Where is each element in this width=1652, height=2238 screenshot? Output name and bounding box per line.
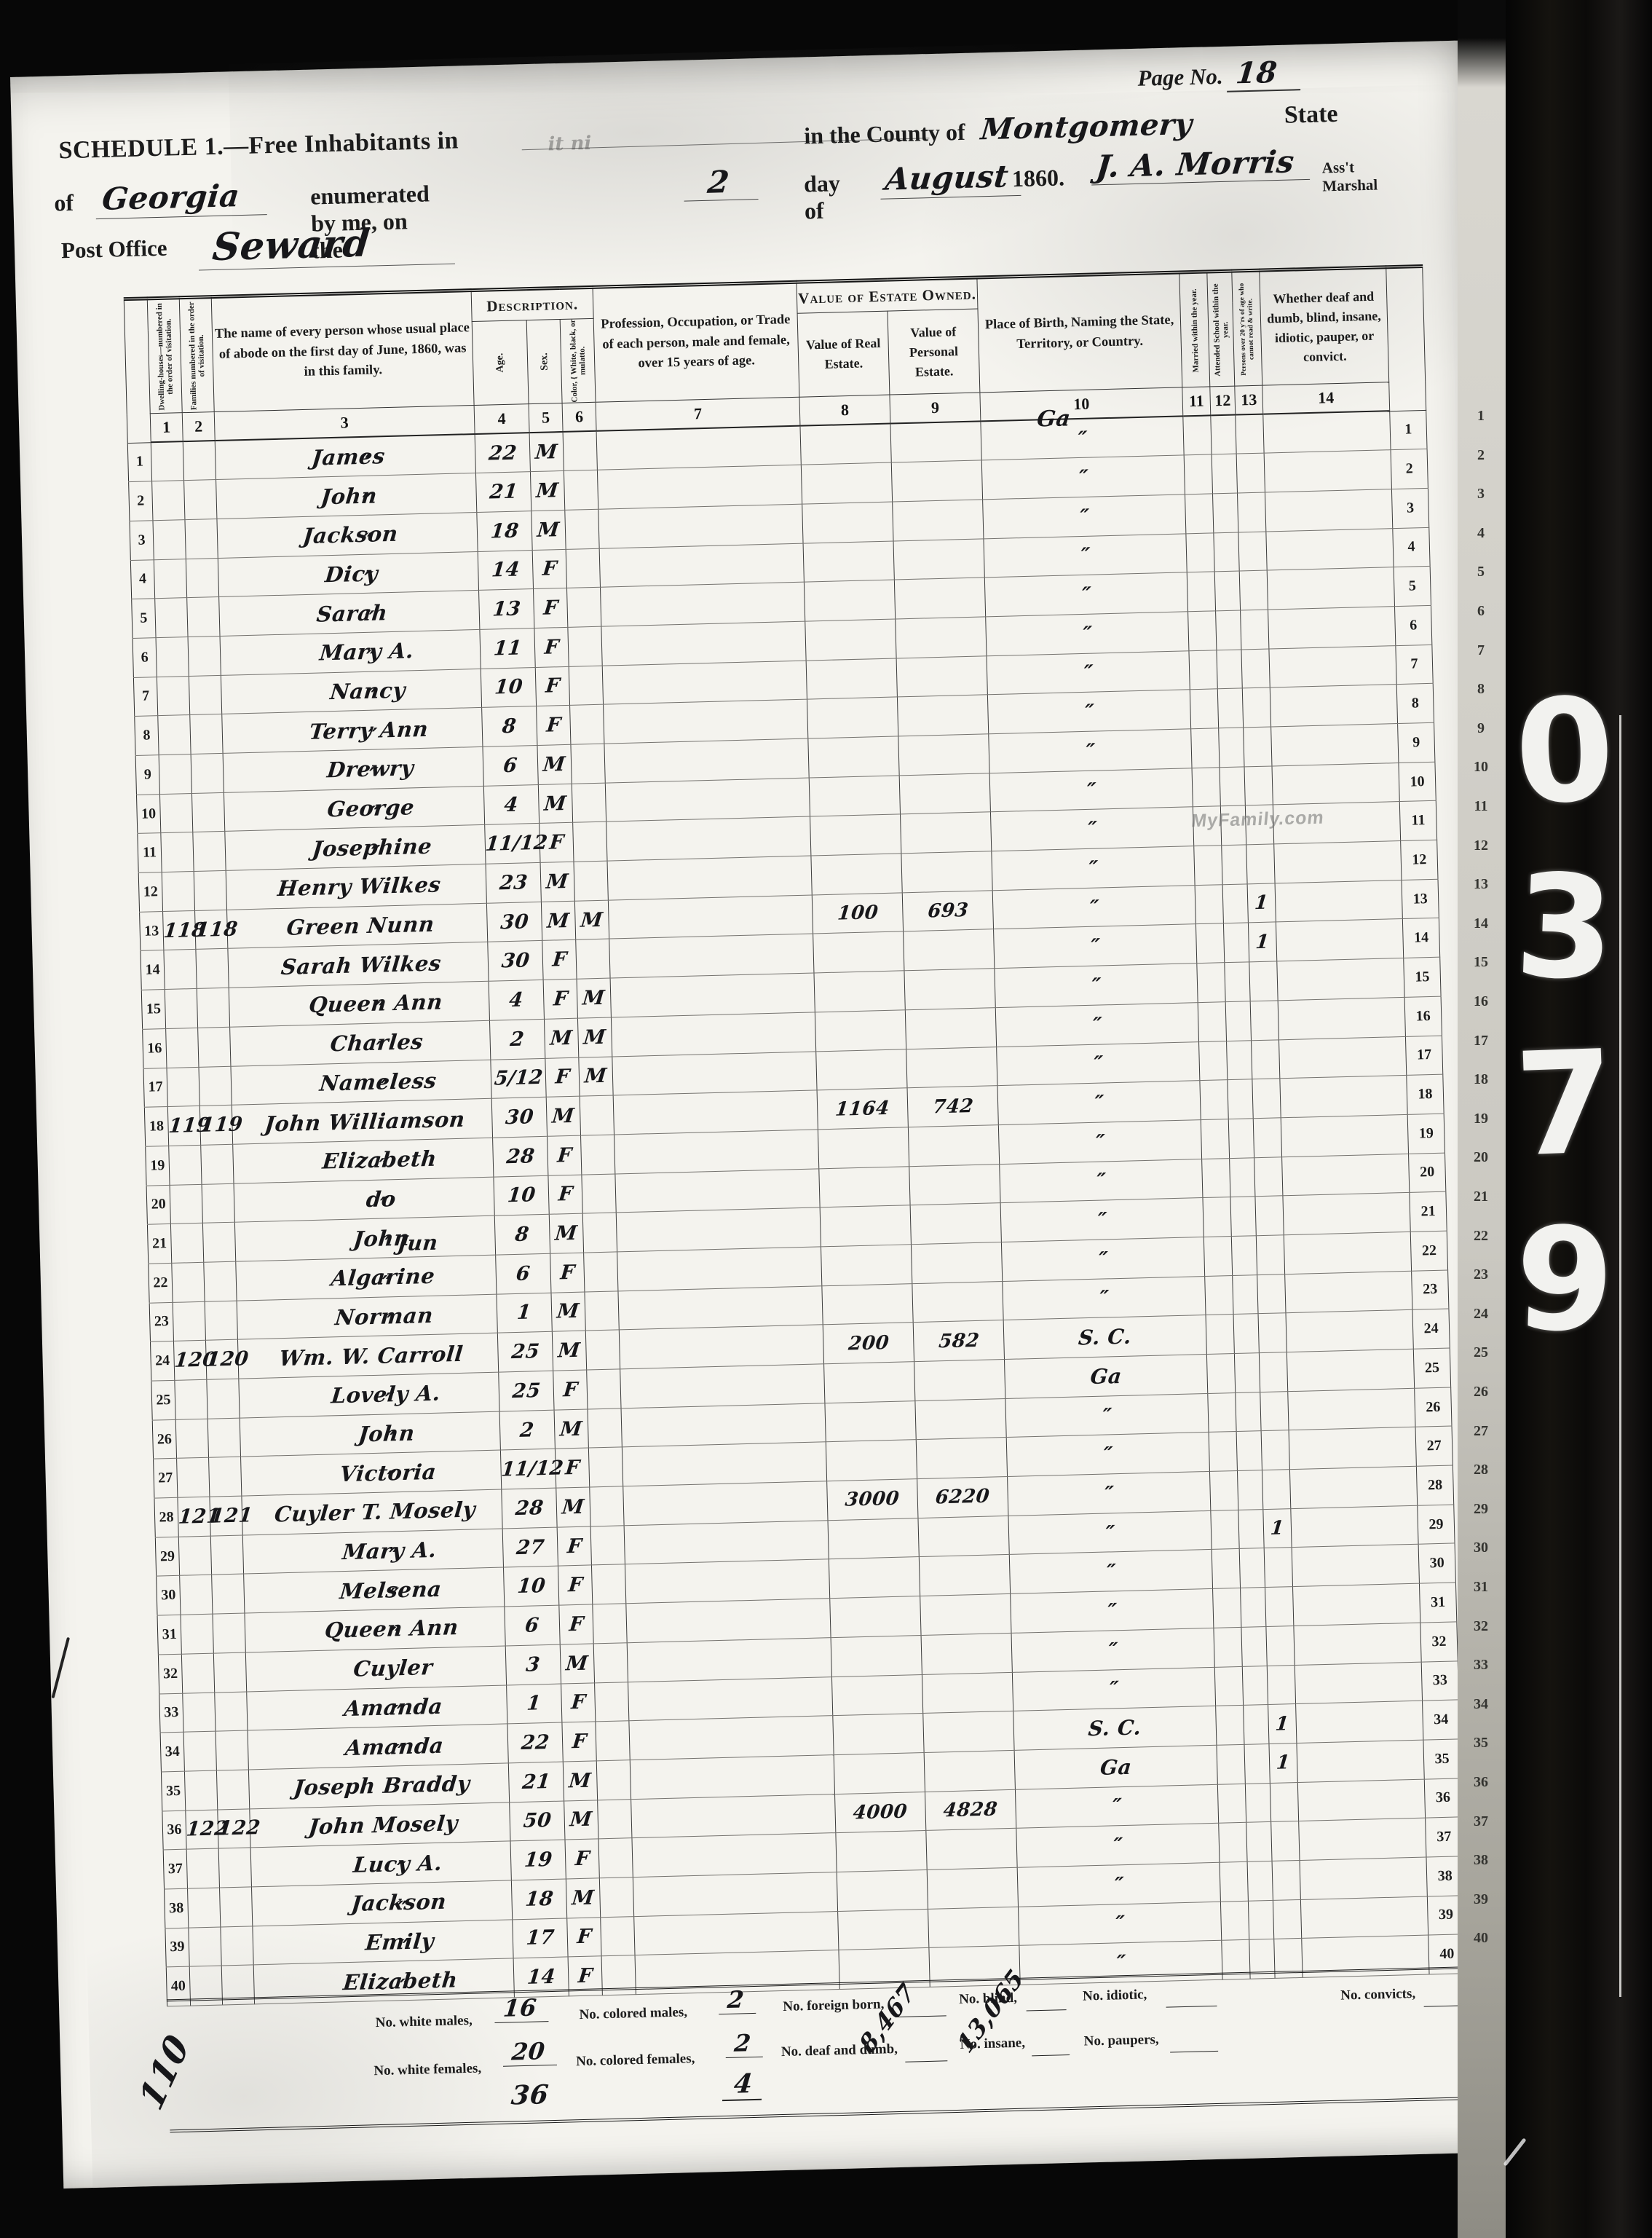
- cell-name: do″: [234, 1177, 494, 1223]
- cell-color: [580, 1095, 614, 1135]
- cell-attended-school: [1222, 845, 1247, 885]
- cell-sex: M: [549, 1213, 583, 1253]
- cell-married-within-year: [1220, 1901, 1249, 1941]
- cell-age: 11/12: [485, 824, 540, 864]
- cell-personal-estate-value: 4828: [925, 1789, 1016, 1831]
- row-number-right: 10: [1399, 762, 1436, 802]
- cell-age: 27: [502, 1527, 558, 1568]
- cell-condition: [1281, 1114, 1408, 1157]
- cell-birthplace: ″: [983, 495, 1186, 539]
- cell-attended-school: [1222, 884, 1248, 924]
- cell-personal-estate-value: [922, 1672, 1013, 1714]
- cell-sex: M: [538, 784, 572, 824]
- row-number-right: 29: [1418, 1505, 1455, 1545]
- cell-family-number: [204, 1261, 237, 1301]
- cell-married-within-year: [1212, 1549, 1240, 1589]
- margin-row-number: 38: [1459, 1852, 1503, 1869]
- cell-cannot-read-write: [1244, 766, 1273, 806]
- carryover-birthplace: Ga: [1036, 406, 1072, 432]
- cell-profession: [618, 1285, 823, 1330]
- margin-row-number: 26: [1459, 1384, 1503, 1400]
- cell-family-number: [215, 1691, 248, 1731]
- cell-cannot-read-write: [1271, 1821, 1300, 1861]
- cell-personal-estate-value: [928, 1907, 1019, 1948]
- cell-birthplace: ″: [1008, 1510, 1212, 1555]
- cell-real-estate-value: [838, 1909, 929, 1950]
- row-number-right: 5: [1394, 567, 1431, 607]
- colored-males-label: No. colored males,: [579, 2004, 687, 2023]
- cell-family-number: [191, 753, 224, 793]
- margin-row-number: 17: [1459, 1033, 1503, 1049]
- cell-condition: [1295, 1662, 1422, 1704]
- cell-family-number: 120: [205, 1339, 238, 1379]
- cell-sex: F: [559, 1604, 593, 1644]
- cell-color: [591, 1564, 625, 1604]
- cell-condition: [1300, 1857, 1427, 1899]
- margin-row-number: 10: [1459, 759, 1503, 776]
- cell-personal-estate-value: [919, 1555, 1010, 1596]
- margin-row-number: 30: [1459, 1540, 1503, 1556]
- margin-row-number: 31: [1459, 1579, 1503, 1596]
- cell-personal-estate-value: [899, 773, 990, 814]
- cell-sex: M: [537, 744, 572, 784]
- cell-color: [598, 1799, 632, 1839]
- cell-age: 13: [479, 589, 534, 630]
- cell-profession: [605, 778, 810, 822]
- cell-attended-school: [1244, 1705, 1269, 1745]
- cell-condition: [1297, 1779, 1425, 1821]
- cell-sex: M: [564, 1800, 598, 1840]
- group-header-estate: Value of Estate Owned.: [797, 277, 978, 313]
- cell-name: Charles″: [230, 1020, 491, 1066]
- cell-age: 21: [475, 472, 531, 513]
- cell-age: 30: [488, 941, 543, 982]
- cell-family-number: [183, 441, 216, 481]
- cell-married-within-year: [1211, 1510, 1239, 1550]
- margin-row-number: 16: [1459, 993, 1503, 1010]
- cell-birthplace: ″: [1000, 1159, 1203, 1203]
- cell-age: 23: [486, 862, 541, 903]
- row-number-left: 36: [162, 1811, 186, 1850]
- blank-rule: [1170, 2039, 1218, 2053]
- cell-color: [584, 1252, 618, 1292]
- cell-personal-estate-value: [904, 929, 995, 971]
- cell-married-within-year: [1220, 1861, 1248, 1902]
- cell-personal-estate-value: [923, 1711, 1014, 1753]
- margin-row-number: 37: [1459, 1813, 1503, 1830]
- row-number-left: 9: [135, 755, 159, 795]
- cell-sex: M: [566, 1878, 600, 1918]
- cell-real-estate-value: [830, 1596, 921, 1638]
- cell-cannot-read-write: [1241, 649, 1270, 689]
- cell-real-estate-value: [811, 854, 902, 895]
- cell-married-within-year: [1186, 532, 1214, 572]
- cell-dwelling-number: [157, 676, 189, 716]
- cell-profession: [627, 1637, 831, 1682]
- cell-cannot-read-write: 1: [1269, 1743, 1297, 1783]
- margin-row-number: 34: [1459, 1696, 1503, 1713]
- cell-profession: [601, 621, 806, 666]
- cell-profession: [601, 582, 805, 626]
- cell-married-within-year: [1214, 1666, 1243, 1706]
- film-roll-digits: 0379: [1506, 0, 1652, 2238]
- cell-profession: [612, 1051, 817, 1095]
- cell-color: [563, 431, 597, 471]
- cell-birthplace: ″: [990, 807, 1193, 851]
- cell-age: 22: [475, 433, 530, 473]
- cell-name: Sarah Wilkes: [228, 942, 489, 988]
- row-number-left: 33: [159, 1693, 183, 1733]
- cell-cannot-read-write: [1267, 1665, 1295, 1705]
- col-header-married: Married within the year.: [1179, 272, 1210, 387]
- cell-birthplace: ″: [992, 885, 1195, 929]
- cell-personal-estate-value: [908, 1124, 999, 1166]
- cell-profession: [619, 1325, 823, 1369]
- cell-personal-estate-value: [918, 1516, 1009, 1557]
- cell-cannot-read-write: [1249, 961, 1278, 1001]
- row-number-left: 6: [133, 638, 157, 677]
- cell-age: 3: [505, 1644, 561, 1685]
- cell-attended-school: [1234, 1353, 1260, 1393]
- cell-personal-estate-value: [926, 1829, 1017, 1870]
- row-number-left: 19: [146, 1146, 170, 1185]
- cell-sex: F: [553, 1370, 588, 1410]
- cell-age: 19: [510, 1840, 566, 1880]
- cell-married-within-year: [1201, 1119, 1229, 1159]
- cell-age: 28: [502, 1488, 557, 1529]
- cell-age: 2: [489, 1019, 545, 1060]
- cell-sex: M: [531, 510, 566, 550]
- cell-profession: [602, 661, 807, 705]
- row-number-right: 4: [1393, 527, 1430, 567]
- row-number-left: 1: [127, 442, 151, 481]
- cell-sex: M: [544, 1018, 578, 1058]
- margin-row-number: 12: [1459, 838, 1503, 854]
- cell-name: Terry Ann″: [222, 708, 483, 754]
- row-number-right: 34: [1423, 1700, 1460, 1740]
- cell-real-estate-value: [826, 1440, 917, 1481]
- cell-profession: [615, 1168, 820, 1213]
- cell-personal-estate-value: 582: [913, 1320, 1004, 1362]
- cell-dwelling-number: [175, 1379, 208, 1419]
- margin-row-number: 14: [1459, 915, 1503, 932]
- row-number-right: 27: [1415, 1426, 1453, 1466]
- cell-real-estate-value: [831, 1674, 922, 1716]
- cell-married-within-year: [1209, 1432, 1237, 1472]
- cell-profession: [604, 738, 809, 783]
- cell-sex: M: [554, 1409, 588, 1449]
- cell-color: M: [577, 1017, 612, 1057]
- cell-personal-estate-value: [896, 655, 987, 697]
- col-number: 6: [562, 402, 596, 432]
- cell-name: Sarah″: [219, 591, 480, 637]
- post-office-label: Post Office: [61, 235, 167, 264]
- cell-dwelling-number: [181, 1614, 213, 1654]
- post-office-line: Post Office Seward: [61, 235, 167, 264]
- day-of-label: day of: [804, 170, 842, 224]
- row-number-right: 17: [1405, 1036, 1442, 1076]
- cell-married-within-year: [1205, 1275, 1233, 1315]
- cell-attended-school: [1225, 1001, 1251, 1041]
- cell-profession: [611, 1012, 815, 1057]
- county-label: in the County of: [804, 119, 965, 149]
- cell-birthplace: Ga: [1005, 1354, 1208, 1398]
- cell-attended-school: [1227, 1040, 1252, 1080]
- row-number-right: 3: [1391, 488, 1428, 528]
- cell-cannot-read-write: [1270, 1782, 1298, 1822]
- cell-age: 4: [483, 784, 539, 825]
- margin-row-number: 22: [1459, 1228, 1503, 1245]
- row-number-right: 9: [1398, 722, 1435, 763]
- row-number-right: 33: [1421, 1660, 1458, 1701]
- cell-color: [574, 861, 608, 901]
- cell-cannot-read-write: [1239, 570, 1268, 610]
- cell-married-within-year: [1217, 1744, 1245, 1784]
- cell-condition: [1300, 1896, 1428, 1939]
- cell-dwelling-number: [156, 637, 189, 677]
- cell-profession: [634, 1911, 839, 1955]
- cell-birthplace: ″: [984, 533, 1187, 578]
- cell-cannot-read-write: [1254, 1157, 1283, 1197]
- margin-row-number: 21: [1459, 1189, 1503, 1205]
- cell-family-number: [185, 519, 218, 559]
- cell-family-number: [186, 558, 218, 598]
- cell-family-number: [208, 1418, 240, 1458]
- cell-attended-school: [1230, 1157, 1255, 1197]
- film-digit: 0: [1507, 666, 1622, 835]
- cell-age: 30: [486, 902, 542, 942]
- schedule-title: SCHEDULE 1.—Free Inhabitants in: [58, 127, 459, 165]
- col-header-condition: Whether deaf and dumb, blind, insane, id…: [1260, 267, 1389, 385]
- col-header-illiterate: Persons over 20 y'rs of age who cannot r…: [1232, 270, 1262, 386]
- cell-color: [585, 1291, 619, 1331]
- row-number-left: 18: [144, 1107, 168, 1146]
- cell-name: Elizabeth″: [233, 1138, 494, 1183]
- margin-row-number: 1: [1459, 408, 1503, 425]
- margin-row-number: 28: [1459, 1462, 1503, 1478]
- cell-attended-school: [1245, 1783, 1270, 1823]
- cell-condition: [1282, 1154, 1410, 1196]
- cell-cannot-read-write: [1266, 1626, 1295, 1666]
- cell-color: [570, 704, 604, 744]
- cell-cannot-read-write: [1253, 1118, 1281, 1158]
- cell-family-number: [207, 1379, 240, 1419]
- cell-birthplace: ″: [995, 1002, 1198, 1047]
- row-number-left: 15: [141, 990, 165, 1029]
- row-number-left: 2: [129, 481, 153, 521]
- cell-dwelling-number: [166, 1028, 199, 1068]
- row-number-left: 16: [143, 1028, 167, 1068]
- margin-row-number: 29: [1459, 1501, 1503, 1518]
- row-number-right: 6: [1395, 605, 1432, 645]
- cell-real-estate-value: [820, 1205, 911, 1247]
- cell-married-within-year: [1216, 1706, 1244, 1746]
- cell-name: Joseph Braddy: [248, 1763, 509, 1809]
- cell-age: 8: [494, 1215, 550, 1256]
- cell-birthplace: ″: [986, 612, 1189, 656]
- cell-birthplace: ″: [989, 768, 1193, 812]
- cell-dwelling-number: 120: [173, 1341, 206, 1381]
- cell-profession: [626, 1599, 831, 1643]
- row-number-left: 31: [157, 1615, 181, 1654]
- scanned-census-page: { "page": { "label": "Page No.", "number…: [0, 0, 1652, 2238]
- cell-cannot-read-write: [1244, 727, 1272, 767]
- cell-real-estate-value: [825, 1400, 916, 1442]
- cell-color: [566, 548, 600, 588]
- cell-birthplace: S. C.: [1013, 1706, 1217, 1751]
- cell-personal-estate-value: [916, 1438, 1007, 1479]
- cell-color: [588, 1408, 622, 1449]
- cell-family-number: [202, 1222, 235, 1262]
- cell-real-estate-value: [815, 1010, 906, 1052]
- cell-dwelling-number: [172, 1262, 205, 1302]
- cell-cannot-read-write: [1261, 1430, 1289, 1470]
- cell-color: [596, 1760, 631, 1800]
- cell-personal-estate-value: [914, 1360, 1005, 1401]
- row-number-left: 7: [133, 677, 157, 716]
- white-males-label: No. white males,: [376, 2013, 473, 2031]
- cell-cannot-read-write: [1265, 1587, 1294, 1627]
- cell-profession: [606, 816, 811, 861]
- cell-dwelling-number: [175, 1419, 208, 1459]
- post-office-value: Seward: [199, 218, 459, 270]
- cell-personal-estate-value: [904, 969, 995, 1010]
- cell-sex: F: [537, 706, 571, 746]
- watermark: MyFamily.com: [1190, 808, 1325, 832]
- cell-personal-estate-value: [909, 1164, 1000, 1205]
- cell-family-number: 119: [199, 1105, 232, 1145]
- cell-attended-school: [1237, 1470, 1262, 1510]
- row-number-left: 25: [151, 1380, 175, 1419]
- cell-birthplace: ″: [997, 1081, 1201, 1125]
- cell-real-estate-value: [814, 971, 905, 1012]
- blank-rule: [1166, 1994, 1217, 2008]
- cell-name: Nameless″: [231, 1060, 491, 1106]
- cell-sex: M: [530, 471, 564, 511]
- marshal-signature: J. A. Morris: [1091, 143, 1313, 186]
- duplicate-row-numbers: 1234567891011121314151617181920212223242…: [1458, 0, 1506, 2238]
- cell-cannot-read-write: 1: [1268, 1704, 1297, 1744]
- cell-condition: [1269, 645, 1396, 687]
- cell-age: 25: [497, 1332, 553, 1373]
- margin-row-number: 36: [1459, 1774, 1503, 1791]
- cell-family-number: [194, 870, 226, 910]
- cell-real-estate-value: [836, 1831, 927, 1872]
- cell-dwelling-number: [154, 559, 186, 599]
- cell-attended-school: [1212, 454, 1237, 494]
- colored-females-label: No. colored females,: [576, 2051, 695, 2070]
- cell-profession: [629, 1716, 834, 1760]
- cell-condition: [1267, 567, 1394, 610]
- cell-condition: [1266, 528, 1394, 570]
- cell-attended-school: [1219, 728, 1244, 768]
- cell-sex: F: [534, 588, 568, 629]
- row-number-left: 26: [152, 1419, 176, 1459]
- cell-birthplace: ″: [1011, 1628, 1214, 1672]
- cell-dwelling-number: 122: [186, 1810, 218, 1850]
- cell-color: [573, 821, 607, 862]
- cell-attended-school: [1217, 688, 1243, 728]
- row-number-left: 27: [154, 1459, 178, 1498]
- microfilm-strip: 0379: [1506, 0, 1652, 2238]
- row-number-right: 24: [1412, 1309, 1450, 1349]
- cell-sex: M: [563, 1761, 597, 1801]
- cell-married-within-year: [1198, 1001, 1226, 1041]
- cell-birthplace: ″: [1009, 1550, 1212, 1594]
- cell-color: [582, 1213, 617, 1253]
- cell-attended-school: [1242, 1666, 1268, 1706]
- row-number-right: 20: [1409, 1153, 1446, 1193]
- deaf-dumb-label: No. deaf and dumb,: [781, 2041, 898, 2060]
- cell-color: [576, 939, 610, 979]
- cell-condition: [1297, 1740, 1424, 1782]
- cell-dwelling-number: [169, 1145, 202, 1185]
- cell-birthplace: ″: [1005, 1393, 1209, 1438]
- cell-condition: [1285, 1271, 1412, 1313]
- col-header-name: The name of every person whose usual pla…: [211, 291, 474, 412]
- film-digit: 3: [1507, 843, 1622, 1012]
- cell-name: Lovely A.″: [239, 1372, 499, 1418]
- cell-personal-estate-value: [891, 460, 982, 502]
- cell-married-within-year: [1197, 963, 1225, 1003]
- cell-attended-school: [1211, 415, 1236, 455]
- cell-birthplace: ″: [992, 846, 1195, 891]
- cell-real-estate-value: [804, 580, 895, 621]
- margin-row-number: 39: [1459, 1891, 1503, 1908]
- cell-age: 8: [482, 706, 537, 747]
- cell-name: John Mosely: [250, 1802, 510, 1848]
- cell-condition: [1296, 1701, 1423, 1743]
- cell-sex: M: [529, 432, 564, 472]
- cell-married-within-year: [1217, 1784, 1246, 1824]
- cell-sex: F: [532, 549, 566, 589]
- cell-sex: M: [552, 1331, 586, 1371]
- cell-color: [566, 587, 601, 627]
- cell-profession: [623, 1481, 828, 1526]
- cell-family-number: [210, 1535, 243, 1575]
- cell-birthplace: ″: [1019, 1902, 1222, 1946]
- year-label: 1860.: [1012, 164, 1065, 192]
- cell-birthplace: ″: [1012, 1667, 1215, 1711]
- margin-row-number: 40: [1459, 1930, 1503, 1947]
- cell-name: Amanda″: [247, 1685, 507, 1730]
- row-number-left: 5: [132, 599, 156, 638]
- margin-row-number: 32: [1459, 1618, 1503, 1635]
- cell-personal-estate-value: 693: [902, 890, 993, 931]
- row-number-right: 35: [1423, 1739, 1461, 1779]
- cell-name: Wm. W. Carroll: [237, 1333, 498, 1379]
- margin-row-number: 20: [1459, 1149, 1503, 1166]
- cell-family-number: [188, 636, 221, 676]
- row-number-right: 1: [1390, 410, 1427, 450]
- cell-name: Cuyler: [245, 1646, 506, 1692]
- row-number-left: 4: [130, 559, 154, 599]
- cell-cannot-read-write: [1241, 610, 1269, 650]
- cell-dwelling-number: [159, 754, 191, 795]
- census-table: Dwelling-houses—numbered in the order of…: [124, 264, 1466, 2006]
- row-number-right: 7: [1396, 645, 1433, 685]
- cell-cannot-read-write: [1272, 1860, 1300, 1900]
- census-sheet: Page No. 18 SCHEDULE 1.—Free Inhabitants…: [10, 40, 1527, 2188]
- cell-profession: [604, 699, 808, 744]
- cell-attended-school: [1216, 610, 1241, 650]
- cell-personal-estate-value: [897, 695, 988, 736]
- cell-real-estate-value: [806, 658, 897, 700]
- cell-family-number: [202, 1183, 234, 1224]
- cell-family-number: [196, 949, 229, 989]
- cell-age: 10: [504, 1567, 559, 1607]
- cell-attended-school: [1223, 923, 1249, 963]
